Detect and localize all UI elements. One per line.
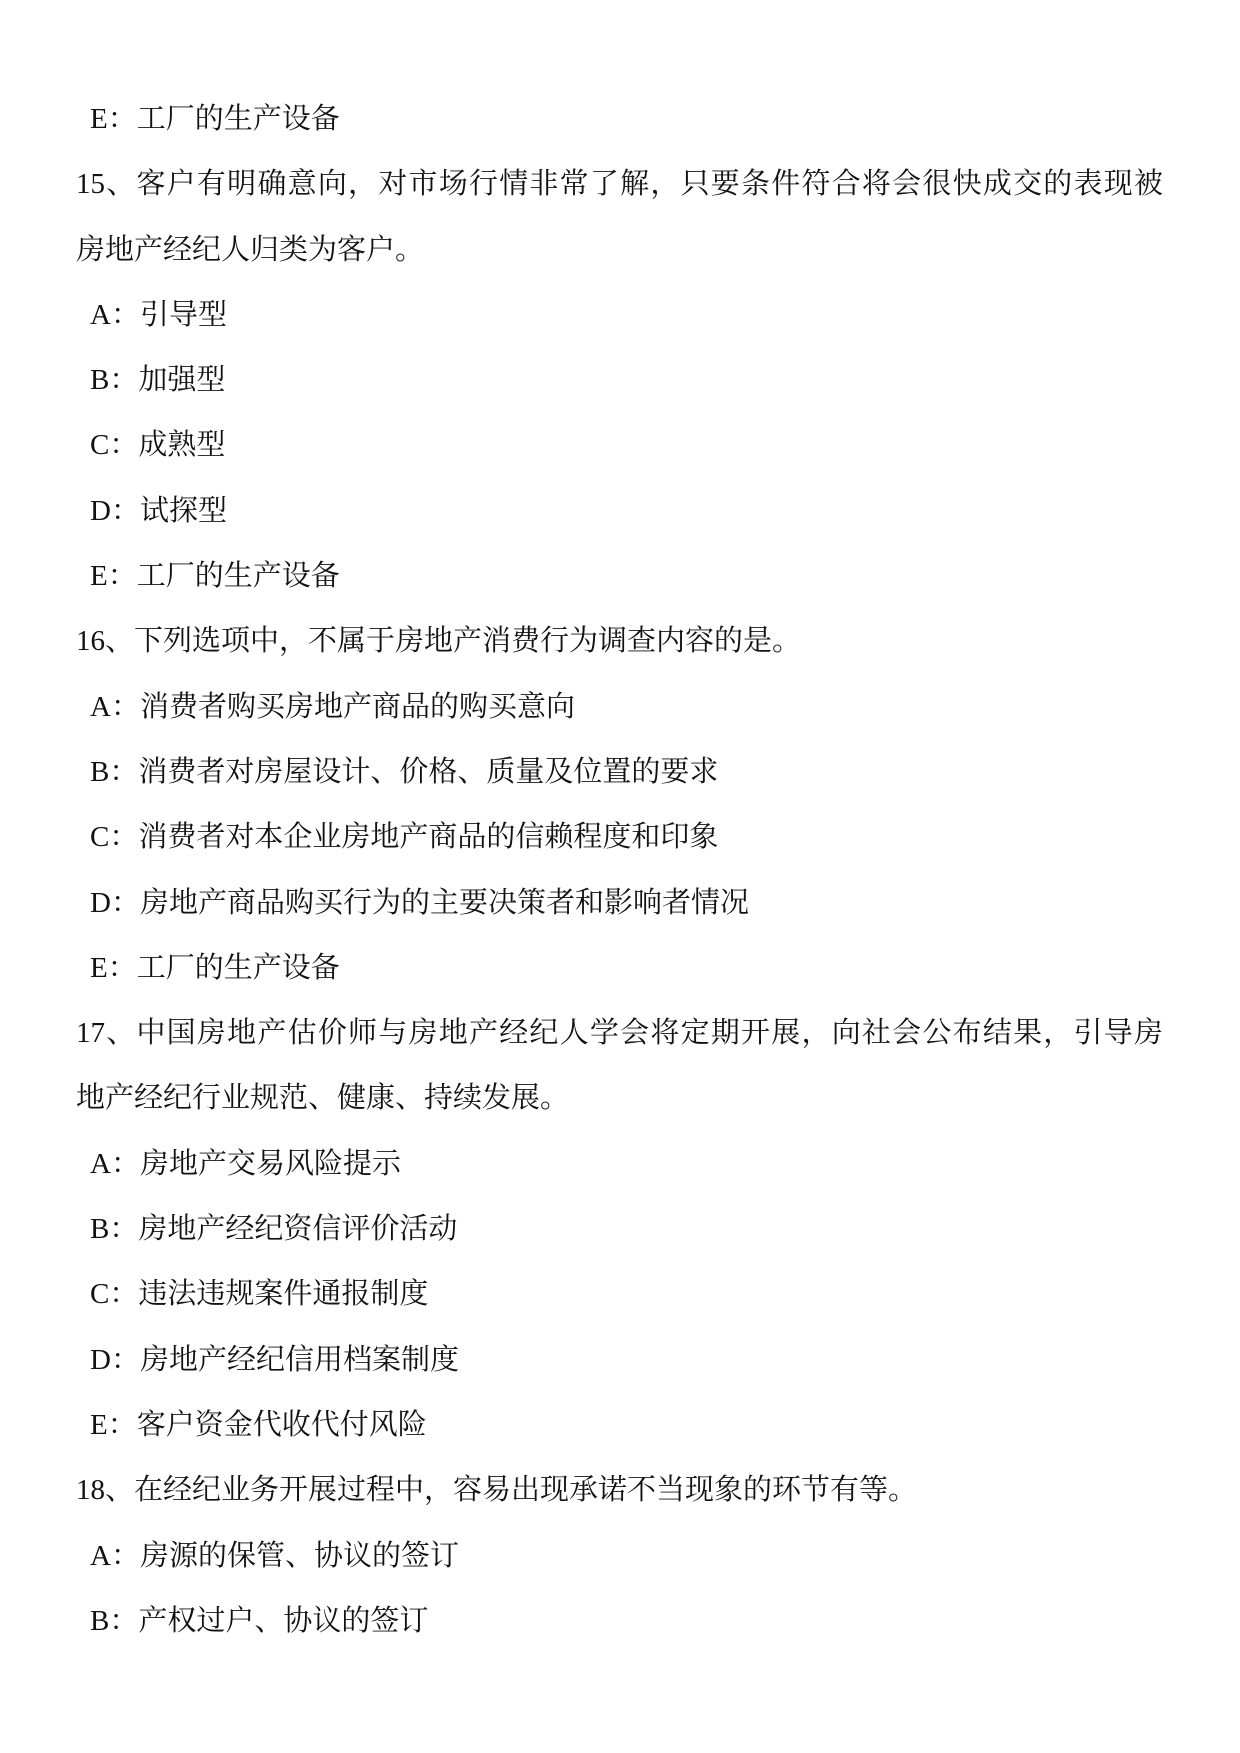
- answer-option: D：试探型: [76, 479, 1163, 544]
- answer-option: B：消费者对房屋设计、价格、质量及位置的要求: [76, 740, 1163, 805]
- question-stem-line: 17、中国房地产估价师与房地产经纪人学会将定期开展，向社会公布结果，引导房: [76, 1001, 1163, 1066]
- answer-option: A：消费者购买房地产商品的购买意向: [76, 675, 1163, 740]
- answer-option: B：加强型: [76, 348, 1163, 413]
- answer-option: C：违法违规案件通报制度: [76, 1262, 1163, 1327]
- answer-option: D：房地产经纪信用档案制度: [76, 1328, 1163, 1393]
- question-stem-line: 18、在经纪业务开展过程中，容易出现承诺不当现象的环节有等。: [76, 1458, 1163, 1523]
- answer-option: E：工厂的生产设备: [76, 544, 1163, 609]
- answer-option: E：客户资金代收代付风险: [76, 1393, 1163, 1458]
- answer-option: A：引导型: [76, 283, 1163, 348]
- answer-option: E：工厂的生产设备: [76, 87, 1163, 152]
- answer-option: B：房地产经纪资信评价活动: [76, 1197, 1163, 1262]
- answer-option: C：消费者对本企业房地产商品的信赖程度和印象: [76, 805, 1163, 870]
- question-stem-line: 15、客户有明确意向，对市场行情非常了解，只要条件符合将会很快成交的表现被: [76, 152, 1163, 217]
- answer-option: D：房地产商品购买行为的主要决策者和影响者情况: [76, 871, 1163, 936]
- question-stem-line: 16、下列选项中，不属于房地产消费行为调查内容的是。: [76, 609, 1163, 674]
- answer-option: B：产权过户、协议的签订: [76, 1589, 1163, 1654]
- question-stem-line: 地产经纪行业规范、健康、持续发展。: [76, 1066, 1163, 1131]
- answer-option: A：房地产交易风险提示: [76, 1132, 1163, 1197]
- answer-option: C：成熟型: [76, 413, 1163, 478]
- answer-option: E：工厂的生产设备: [76, 936, 1163, 1001]
- answer-option: A：房源的保管、协议的签订: [76, 1524, 1163, 1589]
- question-stem-line: 房地产经纪人归类为客户。: [76, 218, 1163, 283]
- exam-document-page: E：工厂的生产设备 15、客户有明确意向，对市场行情非常了解，只要条件符合将会很…: [0, 0, 1240, 1753]
